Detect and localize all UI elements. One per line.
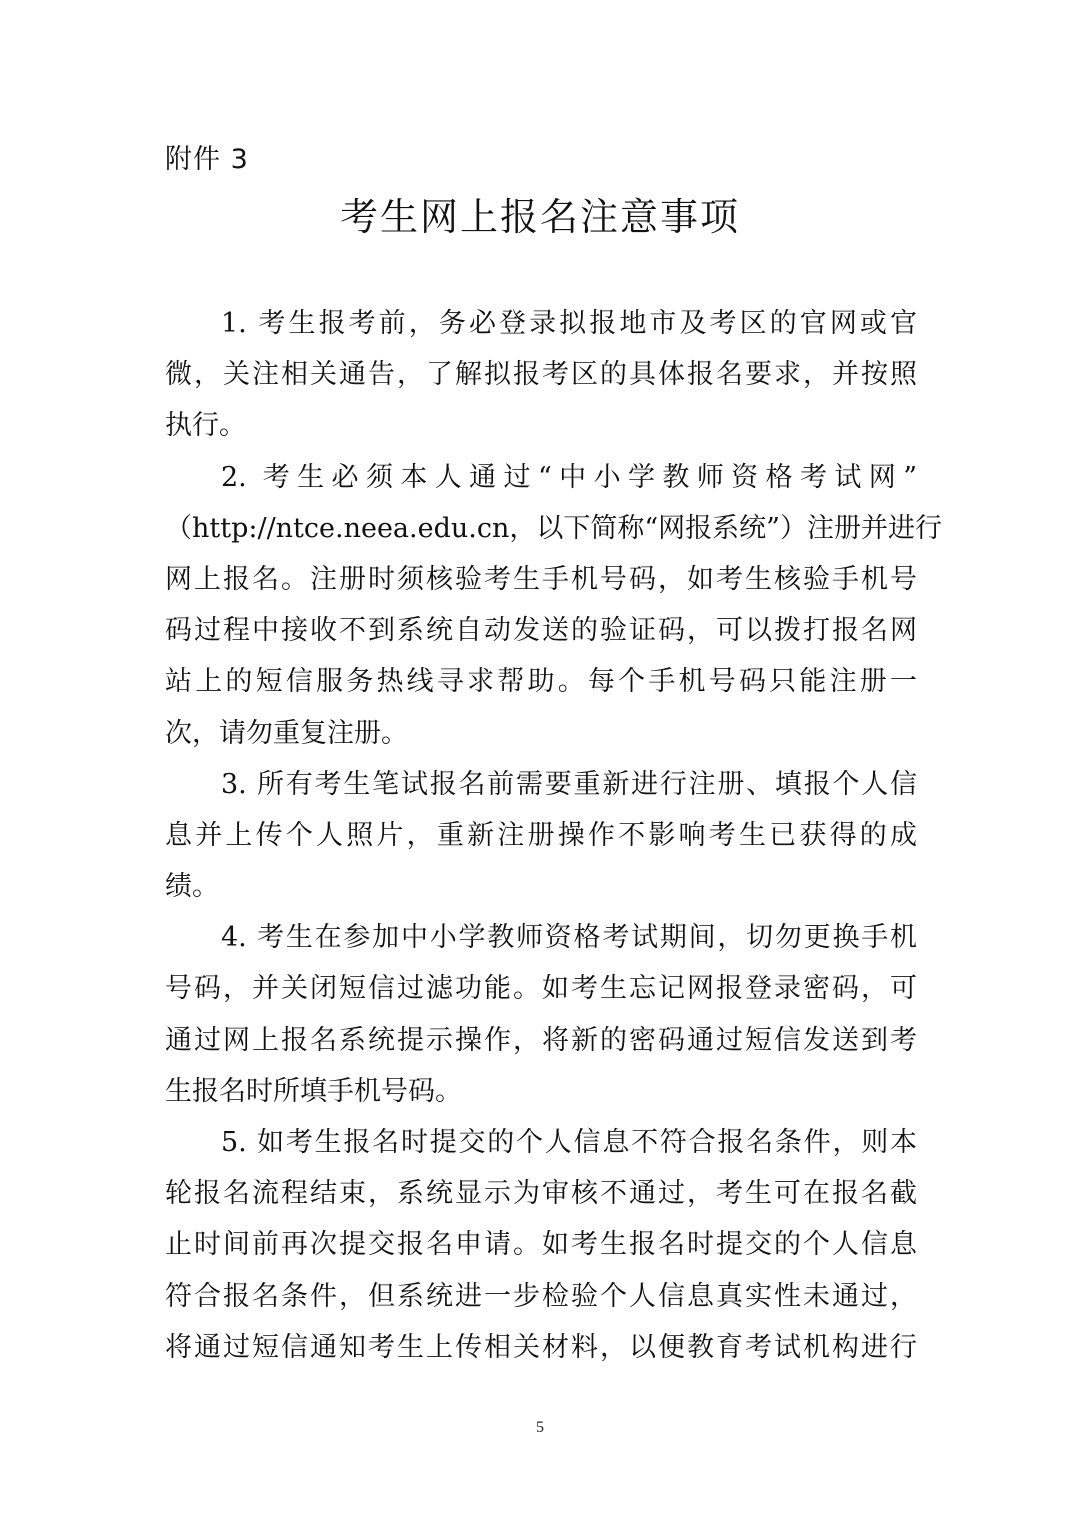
item-5-line-5: 将通过短信通知考生上传相关材料，以便教育考试机构进行 xyxy=(165,1322,917,1373)
item-2-line-5: 站上的短信服务热线寻求帮助。每个手机号码只能注册一 xyxy=(165,656,917,707)
item-2-line-2-url[interactable]: （http://ntce.neea.edu.cn，以下简称“网报系统”）注册并进… xyxy=(165,503,917,554)
item-1-line-2: 微，关注相关通告，了解拟报考区的具体报名要求，并按照 xyxy=(165,349,917,400)
item-1-line-3: 执行。 xyxy=(165,400,917,451)
item-1-line-1: 1. 考生报考前，务必登录拟报地市及考区的官网或官 xyxy=(165,298,917,349)
item-5-line-1: 5. 如考生报名时提交的个人信息不符合报名条件，则本 xyxy=(165,1117,917,1168)
item-2-line-3: 网上报名。注册时须核验考生手机号码，如考生核验手机号 xyxy=(165,554,917,605)
item-3-line-2: 息并上传个人照片，重新注册操作不影响考生已获得的成 xyxy=(165,810,917,861)
item-4-line-4: 生报名时所填手机号码。 xyxy=(165,1066,917,1117)
document-body: 1. 考生报考前，务必登录拟报地市及考区的官网或官 微，关注相关通告，了解拟报考… xyxy=(165,298,917,1373)
document-title: 考生网上报名注意事项 xyxy=(0,190,1080,244)
item-4-line-1: 4. 考生在参加中小学教师资格考试期间，切勿更换手机 xyxy=(165,912,917,963)
item-5-line-2: 轮报名流程结束，系统显示为审核不通过，考生可在报名截 xyxy=(165,1168,917,1219)
item-3-line-3: 绩。 xyxy=(165,861,917,912)
item-5-line-4: 符合报名条件，但系统进一步检验个人信息真实性未通过， xyxy=(165,1271,917,1322)
item-3-line-1: 3. 所有考生笔试报名前需要重新进行注册、填报个人信 xyxy=(165,759,917,810)
item-2-line-6: 次，请勿重复注册。 xyxy=(165,708,917,759)
item-2-line-4: 码过程中接收不到系统自动发送的验证码，可以拨打报名网 xyxy=(165,605,917,656)
document-page: 附件 3 考生网上报名注意事项 1. 考生报考前，务必登录拟报地市及考区的官网或… xyxy=(0,0,1080,1528)
page-number: 5 xyxy=(0,1418,1080,1438)
item-5-line-3: 止时间前再次提交报名申请。如考生报名时提交的个人信息 xyxy=(165,1219,917,1270)
attachment-label: 附件 3 xyxy=(165,140,249,180)
item-4-line-2: 号码，并关闭短信过滤功能。如考生忘记网报登录密码，可 xyxy=(165,963,917,1014)
item-4-line-3: 通过网上报名系统提示操作，将新的密码通过短信发送到考 xyxy=(165,1015,917,1066)
item-2-line-1: 2. 考生必须本人通过“中小学教师资格考试网” xyxy=(165,452,917,503)
